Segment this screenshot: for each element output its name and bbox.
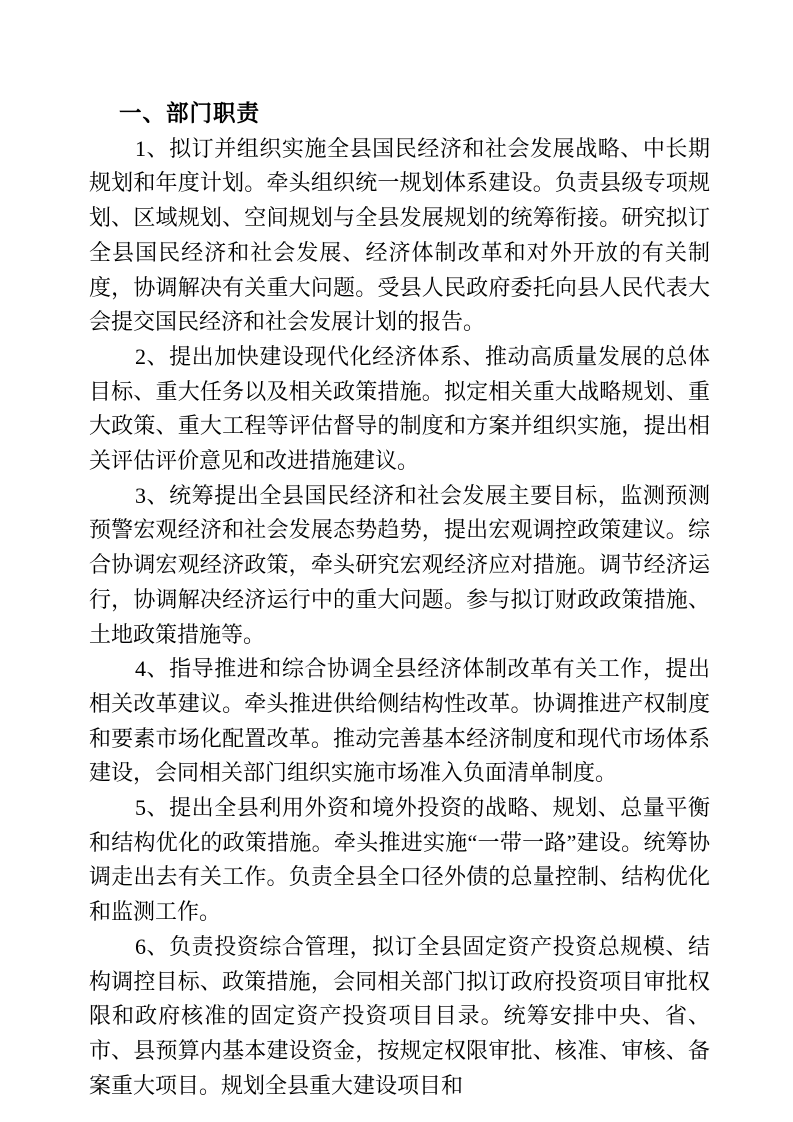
- paragraph-duty-2: 2、提出加快建设现代化经济体系、推动高质量发展的总体目标、重大任务以及相关政策措…: [89, 340, 710, 479]
- paragraph-duty-4: 4、指导推进和综合协调全县经济体制改革有关工作，提出相关改革建议。牵头推进供给侧…: [89, 652, 710, 791]
- section-heading: 一、部门职责: [89, 97, 710, 132]
- paragraph-duty-5: 5、提出全县利用外资和境外投资的战略、规划、总量平衡和结构优化的政策措施。牵头推…: [89, 791, 710, 930]
- paragraph-duty-3: 3、统筹提出全县国民经济和社会发展主要目标，监测预测预警宏观经济和社会发展态势趋…: [89, 479, 710, 653]
- paragraph-duty-6: 6、负责投资综合管理，拟订全县固定资产投资总规模、结构调控目标、政策措施，会同相…: [89, 930, 710, 1104]
- paragraph-duty-1: 1、拟订并组织实施全县国民经济和社会发展战略、中长期规划和年度计划。牵头组织统一…: [89, 132, 710, 340]
- document-body: 一、部门职责 1、拟订并组织实施全县国民经济和社会发展战略、中长期规划和年度计划…: [89, 97, 710, 1103]
- document-page: 一、部门职责 1、拟订并组织实施全县国民经济和社会发展战略、中长期规划和年度计划…: [0, 0, 793, 1122]
